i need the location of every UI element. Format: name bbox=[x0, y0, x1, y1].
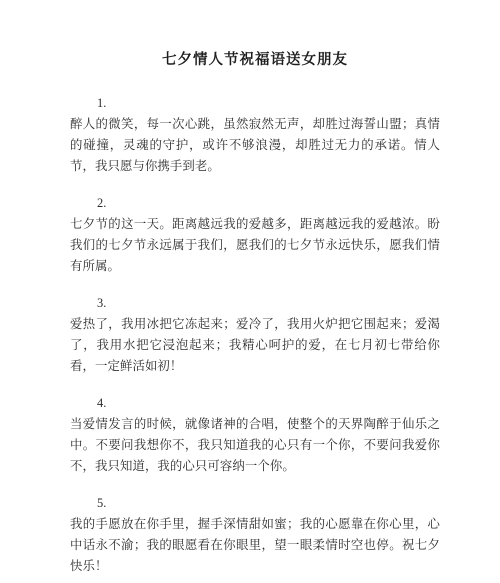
section-2: 2. 七夕节的这一天。距离越远我的爱越多，距离越远我的爱越浓。盼我们的七夕节永远… bbox=[70, 192, 440, 277]
section-4: 4. 当爱情发言的时候，就像诸神的合唱，使整个的天界陶醉于仙乐之中。不要问我想你… bbox=[70, 392, 440, 477]
section-number: 2. bbox=[70, 192, 440, 214]
section-text: 我的手愿放在你手里，握手深情甜如蜜；我的心愿靠在你心里，心中话永不渝；我的眼愿看… bbox=[70, 514, 440, 577]
page-title: 七夕情人节祝福语送女朋友 bbox=[70, 50, 440, 71]
section-3: 3. 爱热了，我用冰把它冻起来；爱冷了，我用火炉把它围起来；爱渴了，我用水把它浸… bbox=[70, 292, 440, 377]
section-number: 5. bbox=[70, 492, 440, 514]
section-number: 1. bbox=[70, 92, 440, 114]
section-text: 七夕节的这一天。距离越远我的爱越多，距离越远我的爱越浓。盼我们的七夕节永远属于我… bbox=[70, 214, 440, 277]
section-5: 5. 我的手愿放在你手里，握手深情甜如蜜；我的心愿靠在你心里，心中话永不渝；我的… bbox=[70, 492, 440, 577]
section-text: 当爱情发言的时候，就像诸神的合唱，使整个的天界陶醉于仙乐之中。不要问我想你不，我… bbox=[70, 414, 440, 477]
section-text: 爱热了，我用冰把它冻起来；爱冷了，我用火炉把它围起来；爱渴了，我用水把它浸泡起来… bbox=[70, 314, 440, 377]
section-text: 醉人的微笑，每一次心跳，虽然寂然无声，却胜过海誓山盟；真情的碰撞，灵魂的守护，或… bbox=[70, 114, 440, 177]
section-number: 3. bbox=[70, 292, 440, 314]
section-number: 4. bbox=[70, 392, 440, 414]
document-page: 七夕情人节祝福语送女朋友 1. 醉人的微笑，每一次心跳，虽然寂然无声，却胜过海誓… bbox=[0, 0, 500, 583]
section-1: 1. 醉人的微笑，每一次心跳，虽然寂然无声，却胜过海誓山盟；真情的碰撞，灵魂的守… bbox=[70, 92, 440, 177]
